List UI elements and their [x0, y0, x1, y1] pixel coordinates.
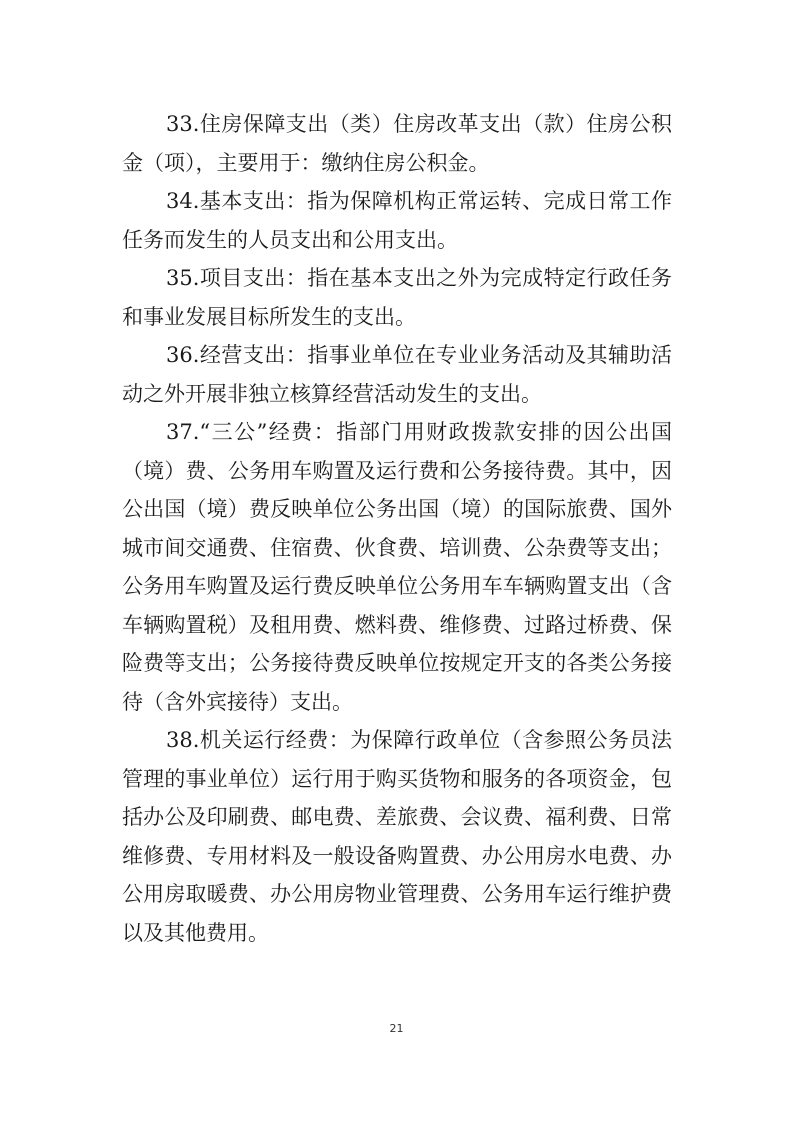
- paragraph-line: 管理的事业单位）运行用于购买货物和服务的各项资金，包: [122, 760, 672, 799]
- paragraph-line: （境）费、公务用车购置及运行费和公务接待费。其中，因: [122, 452, 672, 491]
- paragraph-line: 36.经营支出：指事业单位在专业业务活动及其辅助活: [122, 336, 672, 375]
- paragraph-33: 33.住房保障支出（类）住房改革支出（款）住房公积 金（项），主要用于：缴纳住房…: [122, 105, 672, 182]
- paragraph-37: 37.“三公”经费：指部门用财政拨款安排的因公出国 （境）费、公务用车购置及运行…: [122, 413, 672, 721]
- document-body: 33.住房保障支出（类）住房改革支出（款）住房公积 金（项），主要用于：缴纳住房…: [122, 105, 672, 952]
- paragraph-38: 38.机关运行经费：为保障行政单位（含参照公务员法 管理的事业单位）运行用于购买…: [122, 721, 672, 952]
- paragraph-line: 以及其他费用。: [122, 914, 672, 953]
- document-page: 33.住房保障支出（类）住房改革支出（款）住房公积 金（项），主要用于：缴纳住房…: [0, 0, 793, 1122]
- paragraph-line: 33.住房保障支出（类）住房改革支出（款）住房公积: [122, 105, 672, 144]
- paragraph-line: 动之外开展非独立核算经营活动发生的支出。: [122, 375, 672, 414]
- paragraph-line: 34.基本支出：指为保障机构正常运转、完成日常工作: [122, 182, 672, 221]
- paragraph-line: 括办公及印刷费、邮电费、差旅费、会议费、福利费、日常: [122, 798, 672, 837]
- paragraph-line: 公务用车购置及运行费反映单位公务用车车辆购置支出（含: [122, 567, 672, 606]
- paragraph-36: 36.经营支出：指事业单位在专业业务活动及其辅助活 动之外开展非独立核算经营活动…: [122, 336, 672, 413]
- paragraph-line: 车辆购置税）及租用费、燃料费、维修费、过路过桥费、保: [122, 606, 672, 645]
- paragraph-line: 待（含外宾接待）支出。: [122, 683, 672, 722]
- paragraph-line: 35.项目支出：指在基本支出之外为完成特定行政任务: [122, 259, 672, 298]
- paragraph-line: 38.机关运行经费：为保障行政单位（含参照公务员法: [122, 721, 672, 760]
- paragraph-line: 和事业发展目标所发生的支出。: [122, 298, 672, 337]
- paragraph-line: 险费等支出；公务接待费反映单位按规定开支的各类公务接: [122, 644, 672, 683]
- paragraph-line: 公用房取暖费、办公用房物业管理费、公务用车运行维护费: [122, 875, 672, 914]
- paragraph-line: 金（项），主要用于：缴纳住房公积金。: [122, 144, 672, 183]
- paragraph-35: 35.项目支出：指在基本支出之外为完成特定行政任务 和事业发展目标所发生的支出。: [122, 259, 672, 336]
- paragraph-line: 维修费、专用材料及一般设备购置费、办公用房水电费、办: [122, 837, 672, 876]
- page-number: 21: [0, 1022, 793, 1035]
- paragraph-line: 37.“三公”经费：指部门用财政拨款安排的因公出国: [122, 413, 672, 452]
- paragraph-line: 城市间交通费、住宿费、伙食费、培训费、公杂费等支出；: [122, 529, 672, 568]
- paragraph-line: 公出国（境）费反映单位公务出国（境）的国际旅费、国外: [122, 490, 672, 529]
- paragraph-34: 34.基本支出：指为保障机构正常运转、完成日常工作 任务而发生的人员支出和公用支…: [122, 182, 672, 259]
- paragraph-line: 任务而发生的人员支出和公用支出。: [122, 221, 672, 260]
